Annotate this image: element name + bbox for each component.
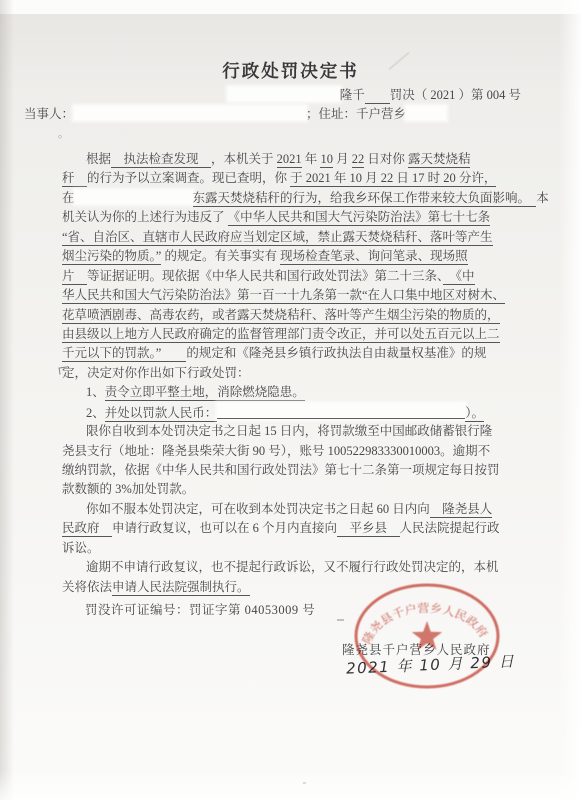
page-title: 行政处罚决定书 [0,58,581,83]
underlined-segment: 民政府 [62,521,112,537]
doc-line: 缴纳罚款，依据《中华人民共和国行政处罚法》第七十二条第一项规定每日按罚 [62,461,524,480]
text-segment: 。 [58,128,69,140]
text-segment: 日对你 [364,152,408,166]
underlined-segment: 22 [352,152,365,168]
doc-header-lines: 隆千 罚决（ 2021 ）第 004 号当事人：；住址：千户营乡。 [0,86,581,144]
underlined-segment: 于 2021 年 10 月 22 日 17 时 20 分许， [290,171,496,187]
text-segment: 当事人： [24,107,74,121]
doc-line: 当事人：；住址：千户营乡 [0,105,581,124]
text-segment: 月 [333,152,352,166]
text-segment: 定，决定对你作出如下行政处罚： [62,366,250,380]
stray-dash-mark [337,619,344,621]
underlined-segment: 平乡县 [337,521,400,537]
doc-line: 秆 的行为予以立案调查。现已查明，你 于 2021 年 10 月 22 日 17… [62,169,524,188]
text-segment: 申请行政复议，也可以在 6 个月内直接向 [112,521,337,535]
doc-line: 烟尘污染的物质。” 的规定。有关事实有 现场检查笔录、询问笔录、现场照 [62,247,524,266]
text-segment: 款数额的 3%加处罚款。 [62,482,194,496]
doc-line: 你如不服本处罚决定，可在收到本处罚决定书之日起 60 日内向 隆尧县人 [62,500,524,519]
redaction-box [406,106,446,120]
redaction-box [228,87,340,101]
pen-tick-mark [59,366,69,374]
scanned-page: 行政处罚决定书 隆千 罚决（ 2021 ）第 004 号当事人：；住址：千户营乡… [0,0,581,800]
underlined-segment: 由县级以上地方人民政府确定的监督管理部门责令改正，并可以处五百元以上二 [62,327,500,343]
underlined-segment: 东露天焚烧秸秆的行为，给我乡环保工作带来较大负面影响。 [193,191,537,207]
text-segment: 本 [536,191,549,205]
doc-line: 定，决定对你作出如下行政处罚： [62,364,524,383]
text-segment: 根据 [86,152,111,166]
underlined-segment: 秆 [62,171,87,187]
doc-line: 千元以下的罚款。” 的规定和《隆尧县乡镇行政执法自由裁量权基准》的规 [62,344,524,363]
underlined-segment: 并处以罚款人民币： [105,406,218,422]
underlined-segment: 执法检查发现 [111,152,211,168]
doc-line: “省、自治区、直辖市人民政府应当划定区域，禁止露天焚烧秸秆、落叶等产生 [62,228,524,247]
scan-edge-highlight-bottom [0,770,581,800]
doc-line: 片 等证据证明。现依据《中华人民共和国行政处罚法》第二十三条、 《中 [62,267,524,286]
doc-line: 。 [0,125,581,144]
underlined-segment [365,88,390,104]
text-segment: 在 [62,191,75,205]
underlined-segment: 现场检查笔录、询问笔录、现场照 [280,249,468,265]
doc-line: 根据 执法检查发现 ，本机关于 2021 年 10 月 22 日对你 露天焚烧秸 [62,150,524,169]
doc-line: 逾期不申请行政复议，也不提起行政诉讼，又不履行行政处罚决定的，本机 [62,558,524,577]
doc-line: 限你自收到本处罚决定书之日起 15 日内，将罚款缴至中国邮政储蓄银行隆 [62,422,524,441]
text-segment: 的行为予以立案调查。现已查明，你 [87,171,290,185]
underlined-segment: 隆尧县人 [430,502,493,518]
doc-line: 由县级以上地方人民政府确定的监督管理部门责令改正，并可以处五百元以上二 [62,325,524,344]
redaction-box [217,403,465,419]
underlined-segment: 责令立即平整土地，消除燃烧隐患。 [105,385,305,401]
underlined-segment: 10 [320,152,333,168]
text-segment: 机关认为你的上述行为违反了 [62,210,228,224]
underlined-segment: 申请人民法院强制执行。 [112,580,250,596]
scan-edge-shadow-left [0,0,14,800]
doc-line: 在东露天焚烧秸秆的行为，给我乡环保工作带来较大负面影响。 本 [62,189,524,208]
underlined-segment: 千元以下的罚款。” [62,346,186,362]
doc-line: 隆千 罚决（ 2021 ）第 004 号 [0,86,581,105]
redaction-box [74,106,306,120]
text-segment: 的规定。有关事实有 [161,249,280,263]
doc-line: 民政府 申请行政复议，也可以在 6 个月内直接向 平乡县 人民法院提起行政 [62,519,524,538]
text-segment: 诉讼。 [62,541,100,555]
doc-line: 花草喷洒剧毒、高毒农药，或者露天焚烧秸秆、落叶等产生烟尘污染的物质的， [62,306,524,325]
underlined-segment: 2021 [277,152,302,168]
penalty-license-number: 罚没许可证编号：罚证字第 04053009 号 [85,600,315,618]
text-segment: 限你自收到本处罚决定书之日起 15 日内，将罚款缴至中国邮政储蓄银行隆 [86,424,492,438]
text-segment: 关将依法 [62,580,112,594]
underlined-segment: 华人民共和国大气污染防治法》第一百一十九条第一款“在人口集中地区对树木、 [62,288,505,304]
doc-line: 款数额的 3%加处罚款。 [62,480,524,499]
text-segment: ；住址：千户营乡 [306,107,406,121]
underlined-segment: 《中 [443,269,474,285]
doc-line: 华人民共和国大气污染防治法》第一百一十九条第一款“在人口集中地区对树木、 [62,286,524,305]
underlined-segment: 烟尘污染的物质。” [62,249,161,265]
underlined-segment: 片 [62,269,87,285]
text-segment: 缴纳罚款，依据《中华人民共和国行政处罚法》第七十二条第一项规定每日按罚 [62,463,500,477]
text-segment: 年 [302,152,321,166]
doc-line: 尧县支行（地址：隆尧县柴荣大街 90 号），账号 100522983330010… [62,442,524,461]
redaction-box [75,190,193,204]
text-segment: 人民法院提起行政 [400,521,500,535]
text-segment: ，本机关于 [211,152,277,166]
doc-line: 关将依法申请人民法院强制执行。 [62,578,524,597]
text-segment: 的规定和《隆尧县乡镇行政执法自由裁量权基准》的规 [186,346,486,360]
underlined-segment: “省、自治区、直辖市人民政府应当划定区域，禁止露天焚烧秸秆、落叶等产生 [62,230,493,246]
underlined-segment: 露天焚烧秸 [408,152,471,168]
scan-edge-highlight-right [559,0,581,800]
doc-body-lines: 根据 执法检查发现 ，本机关于 2021 年 10 月 22 日对你 露天焚烧秸… [62,150,524,597]
doc-line: 1、责令立即平整土地，消除燃烧隐患。 [62,383,524,402]
text-segment: 逾期不申请行政复议，也不提起行政诉讼，又不履行行政处罚决定的，本机 [86,560,499,574]
text-segment: 2、 [86,406,105,420]
text-segment: 尧县支行（地址：隆尧县柴荣大街 90 号），账号 100522983330010… [62,444,490,458]
text-segment: 你如不服本处罚决定，可在收到本处罚决定书之日起 60 日内向 [86,502,430,516]
text-segment: 1、 [86,385,105,399]
doc-line: 诉讼。 [62,539,524,558]
doc-line: 机关认为你的上述行为违反了 《中华人民共和国大气污染防治法》第七十七条 [62,208,524,227]
underlined-segment: 《中华人民共和国大气污染防治法》第七十七条 [228,210,491,226]
scanner-edge-strip [0,0,581,14]
text-segment: 隆千 [340,88,365,102]
underlined-segment: ）。 [465,406,484,422]
doc-line: 2、并处以罚款人民币：）。 [62,403,524,422]
underlined-segment: 花草喷洒剧毒、高毒农药，或者露天焚烧秸秆、落叶等产生烟尘污染的物质的， [62,308,500,324]
text-segment: 等证据证明。现依据《中华人民共和国行政处罚法》第二十三条、 [87,269,443,283]
text-segment: 罚决（ 2021 ）第 004 号 [390,88,521,102]
